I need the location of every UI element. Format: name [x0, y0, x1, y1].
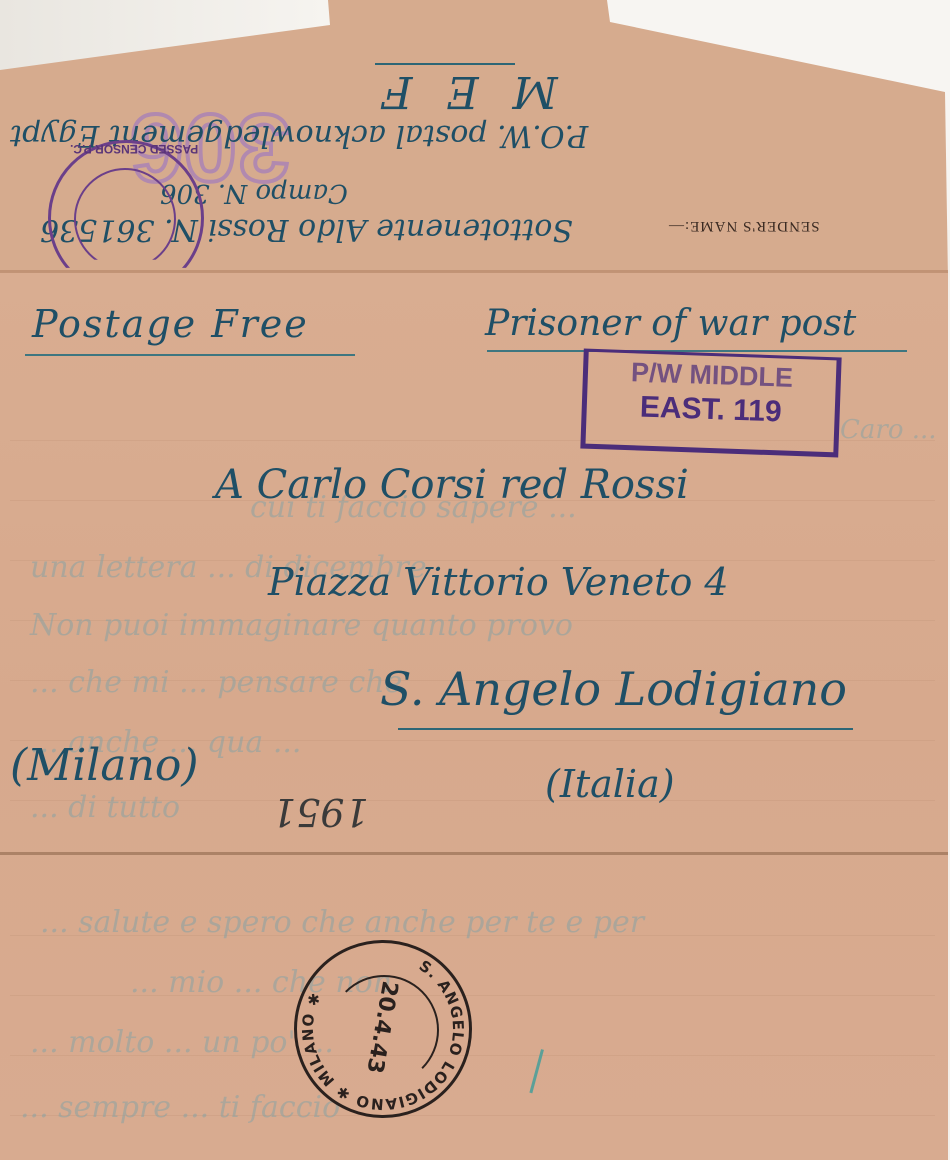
- address-street: Piazza Vittorio Veneto 4: [268, 560, 729, 604]
- censor-stamp-text: PASSED CENSOR P.C.: [70, 142, 198, 156]
- bleed-through-text: ... salute e spero che anche per te e pe…: [40, 905, 644, 940]
- year-note: 1951: [272, 790, 369, 834]
- bleed-through-text: ... che mi ... pensare che: [30, 665, 402, 700]
- address-recipient: A Carlo Corsi red Rossi: [215, 462, 689, 508]
- postage-free-text: Postage Free: [32, 302, 309, 346]
- mef-text: M E F: [372, 66, 558, 117]
- pw-stamp-line2: EAST. 119: [586, 389, 835, 432]
- censor-stamp-inner-ring: [74, 168, 176, 270]
- bleed-through-text: Non puoi immaginare quanto provo: [30, 608, 573, 643]
- postmark: S. ANGELO LODIGIANO ✱ MILANO ✱ 20.4.43: [294, 940, 472, 1118]
- bleed-through-text: ... di tutto: [30, 790, 180, 825]
- bleed-through-text: ... sempre ... ti faccio: [20, 1090, 340, 1125]
- fold-line: [0, 270, 948, 273]
- fold-line: [0, 852, 948, 855]
- address-province: (Milano): [10, 740, 199, 791]
- senders-name-label: SENDER'S NAME:—: [668, 217, 819, 234]
- address-town-underline: [398, 728, 853, 730]
- prisoner-of-war-post-text: Prisoner of war post: [485, 303, 856, 344]
- address-country: (Italia): [545, 762, 675, 806]
- bleed-through-text: Caro ...: [840, 415, 937, 445]
- pw-middle-east-stamp: P/W MIDDLE EAST. 119: [580, 349, 841, 458]
- bleed-through-text: ... molto ... un po' ...: [30, 1025, 334, 1060]
- address-town: S. Angelo Lodigiano: [380, 662, 847, 716]
- postage-free-underline: [25, 354, 355, 356]
- mef-underline: [375, 63, 515, 65]
